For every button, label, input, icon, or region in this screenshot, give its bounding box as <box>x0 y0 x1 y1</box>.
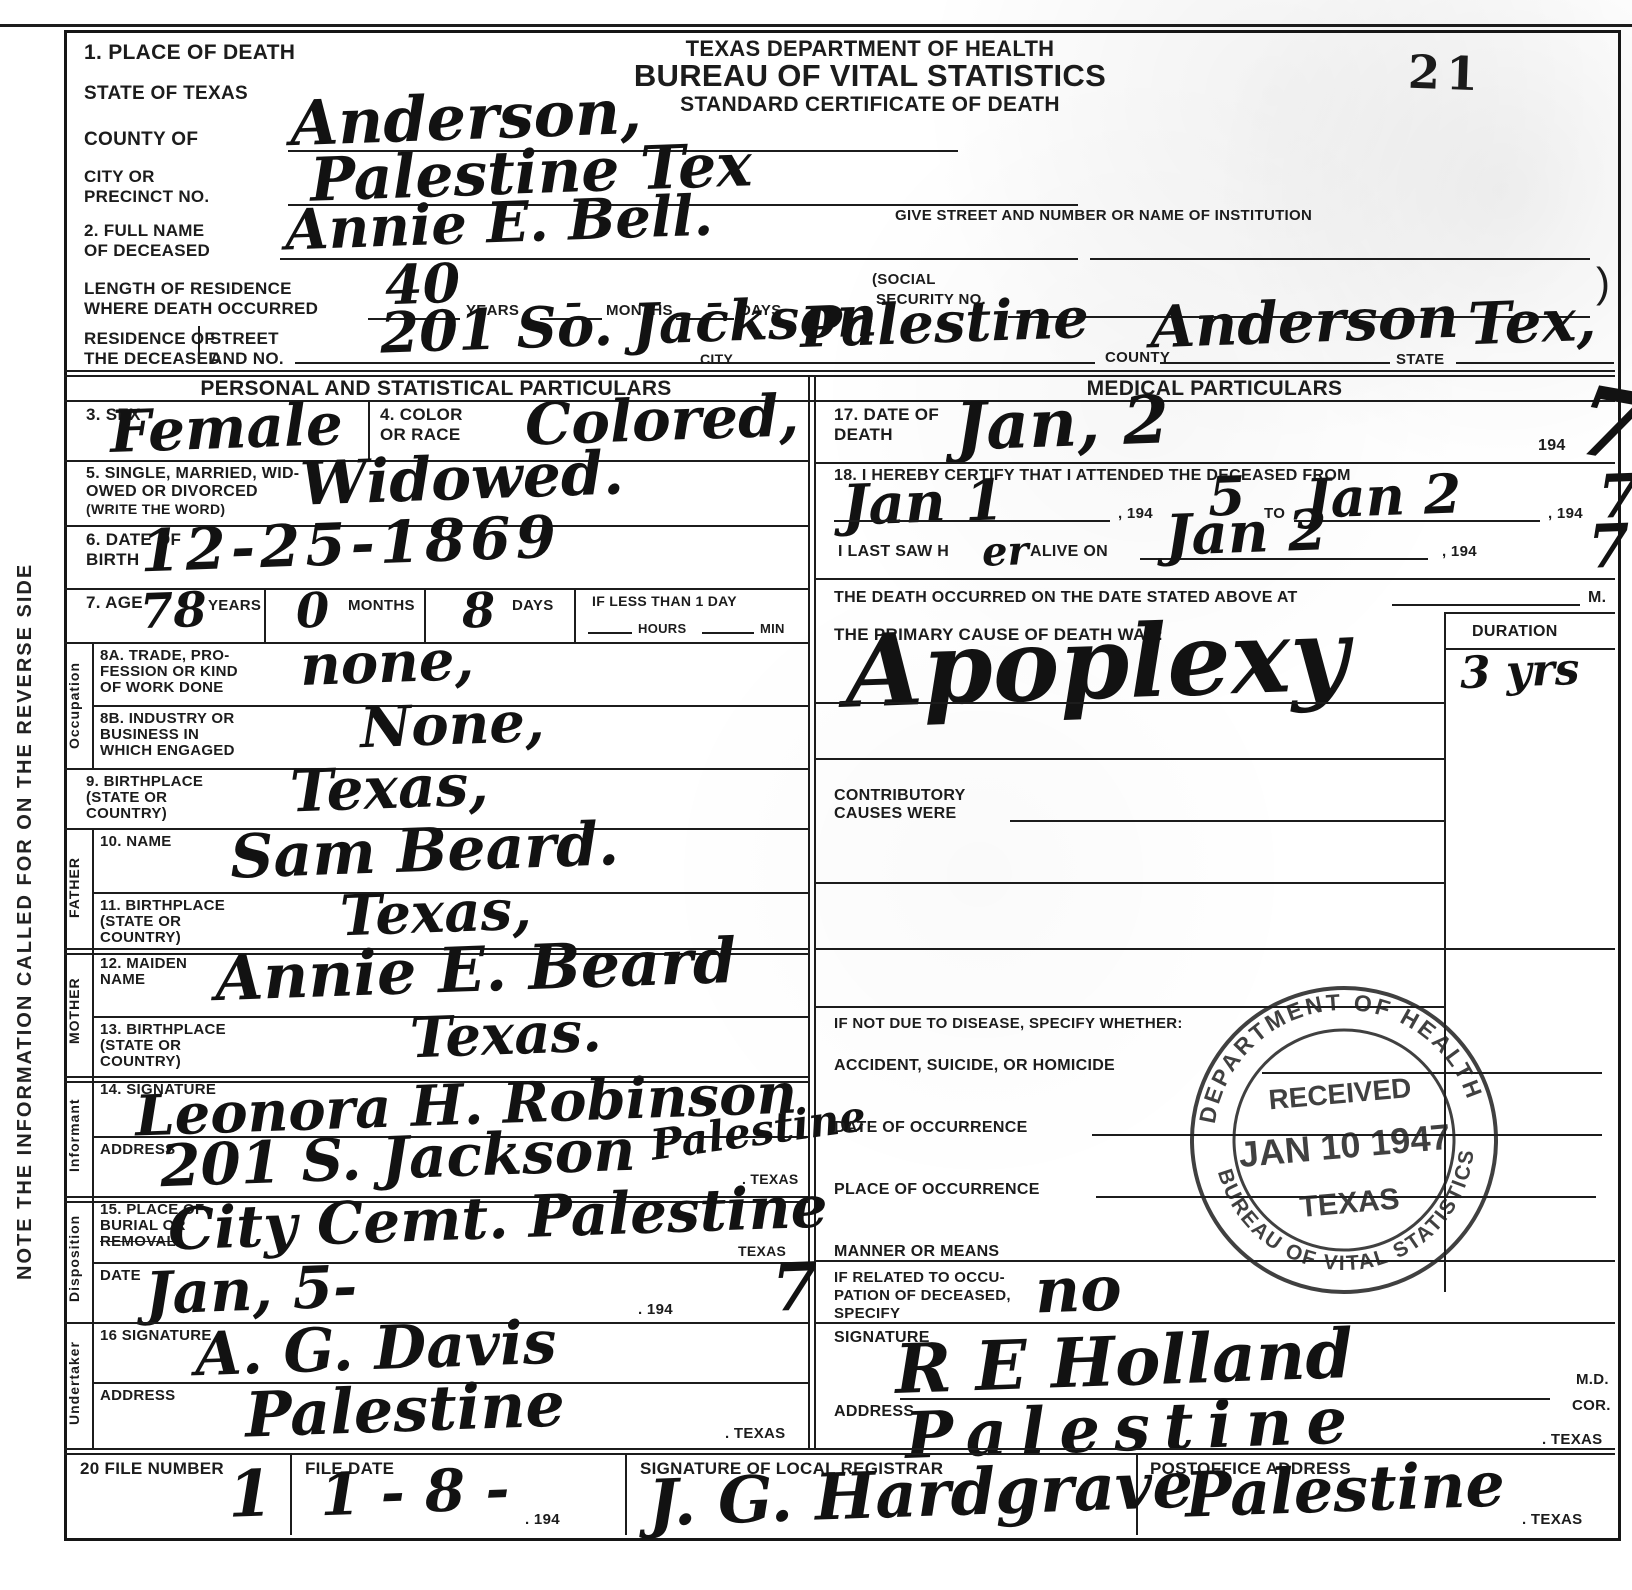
age-years-label: YEARS <box>208 598 261 613</box>
marital-label-2: OWED OR DIVORCED <box>86 484 258 500</box>
age-days-label: DAYS <box>512 598 554 613</box>
age-months-handwriting: 0 <box>295 589 330 633</box>
burial-date-label: DATE <box>100 1268 141 1283</box>
duration-value-handwriting: 3 yrs <box>1459 650 1580 694</box>
county-small-line <box>1160 362 1390 364</box>
duration-box-top <box>1444 612 1615 614</box>
dod-year-label: 194 <box>1538 438 1566 454</box>
mother-bp-handwriting: Texas. <box>409 1007 602 1064</box>
city-small-handwriting: Palestine <box>799 293 1089 353</box>
mother-name-label-1: 12. MAIDEN <box>100 956 187 971</box>
file-number-handwriting: 1 <box>227 1465 274 1524</box>
physician-addr-label: ADDRESS <box>834 1404 914 1420</box>
residence-label-2: THE DECEASED <box>84 350 221 367</box>
hours-line <box>588 632 632 634</box>
last-saw-her-handwriting: er <box>981 533 1029 571</box>
received-stamp: DEPARTMENT OF HEALTH BUREAU OF VITAL STA… <box>1168 964 1519 1315</box>
social-label-1: (SOCIAL <box>872 272 936 287</box>
occurred-line <box>1392 604 1580 606</box>
last-saw-year: , 194 <box>1442 544 1477 559</box>
street-label-2: AND NO. <box>210 350 284 367</box>
age-months-label: MONTHS <box>348 598 415 613</box>
min-line <box>702 632 754 634</box>
father-name-label: 10. NAME <box>100 834 172 849</box>
birthplace-label-2: (STATE OR <box>86 790 167 805</box>
mother-bp-label-1: 13. BIRTHPLACE <box>100 1022 226 1037</box>
trade-label-3: OF WORK DONE <box>100 680 224 695</box>
marital-label-1: 5. SINGLE, MARRIED, WID- <box>86 466 299 482</box>
blank-line-2 <box>814 948 1615 950</box>
contributory-label-2: CAUSES WERE <box>834 806 956 822</box>
burial-date-year-handwriting: 7 <box>771 1257 819 1318</box>
social-close-paren: ) <box>1596 262 1610 304</box>
bureau-title: BUREAU OF VITAL STATISTICS <box>560 60 1180 91</box>
footer-divider-2 <box>625 1453 627 1535</box>
place-occ-label: PLACE OF OCCURRENCE <box>834 1182 1040 1198</box>
informant-group-label: Informant <box>66 1078 82 1192</box>
disposition-group-label: Disposition <box>66 1198 82 1318</box>
burial-date-handwriting: Jan, 5- <box>144 1260 358 1320</box>
burial-date-year: . 194 <box>638 1302 673 1317</box>
related-label-3: SPECIFY <box>834 1306 900 1321</box>
certify-from-handwriting: Jan 1 <box>841 475 1005 531</box>
medical-section-title: MEDICAL PARTICULARS <box>814 378 1615 399</box>
certify-from-year: , 194 <box>1118 506 1153 521</box>
related-label-2: PATION OF DECEASED, <box>834 1288 1011 1303</box>
city-or-label: CITY OR <box>84 168 155 185</box>
state-of-texas-label: STATE OF TEXAS <box>84 84 248 103</box>
fullname-label-1: 2. FULL NAME <box>84 222 204 239</box>
file-date-handwriting: 1 - 8 - <box>319 1463 510 1522</box>
undertaker-group-divider <box>92 1322 94 1448</box>
footer-rule-a <box>64 1448 1615 1450</box>
undertaker-addr-label: ADDRESS <box>100 1388 175 1403</box>
cor-label: COR. <box>1572 1398 1611 1413</box>
industry-label-1: 8B. INDUSTRY OR <box>100 711 235 726</box>
related-label-1: IF RELATED TO OCCU- <box>834 1270 1005 1285</box>
dept-title: TEXAS DEPARTMENT OF HEALTH <box>560 38 1180 60</box>
last-saw-year-handwriting: 7 <box>1587 519 1631 574</box>
mother-name-label-2: NAME <box>100 972 145 987</box>
fullname-label-2: OF DECEASED <box>84 242 210 259</box>
county-of-label: COUNTY OF <box>84 130 198 149</box>
stamp-texas-text: TEXAS <box>1298 1182 1401 1224</box>
length-label-2: WHERE DEATH OCCURRED <box>84 300 318 317</box>
undertaker-addr-state: . TEXAS <box>725 1426 785 1441</box>
age-less-label: IF LESS THAN 1 DAY <box>592 594 737 608</box>
county-small-handwriting: Anderson <box>1149 291 1459 354</box>
death-certificate-scan: NOTE THE INFORMATION CALLED FOR ON THE R… <box>0 0 1632 1590</box>
last-saw-value-handwriting: Jan 2 <box>1164 505 1328 561</box>
registrar-handwriting: J. G. Hardgrave <box>647 1457 1194 1534</box>
dob-value-handwriting: 12-25-1869 <box>139 511 562 578</box>
occupation-group-label: Occupation <box>66 644 82 766</box>
file-date-year: . 194 <box>525 1512 560 1527</box>
certify-to-year: , 194 <box>1548 506 1583 521</box>
age-label: 7. AGE <box>86 594 143 611</box>
trade-label-1: 8A. TRADE, PRO- <box>100 648 230 663</box>
last-saw-rule <box>814 578 1615 580</box>
occurred-m-label: M. <box>1588 590 1606 606</box>
scan-top-edge <box>0 24 1632 27</box>
last-saw-label-1: I LAST SAW H <box>838 544 949 560</box>
accident-label: ACCIDENT, SUICIDE, OR HOMICIDE <box>834 1058 1115 1074</box>
trade-label-2: FESSION OR KIND <box>100 664 238 679</box>
age-min-label: MIN <box>760 622 785 635</box>
standard-title: STANDARD CERTIFICATE OF DEATH <box>560 94 1180 115</box>
md-label: M.D. <box>1576 1372 1609 1387</box>
reverse-side-note: NOTE THE INFORMATION CALLED FOR ON THE R… <box>14 290 37 1280</box>
contributory-label-1: CONTRIBUTORY <box>834 788 966 804</box>
father-group-label: FATHER <box>66 830 82 946</box>
trade-value-handwriting: none, <box>299 635 475 691</box>
institution-note: GIVE STREET AND NUMBER OR NAME OF INSTIT… <box>895 208 1312 223</box>
last-saw-label-2: ALIVE ON <box>1030 544 1108 560</box>
dob-label-2: BIRTH <box>86 551 139 568</box>
mother-bp-label-2: (STATE OR <box>100 1038 181 1053</box>
marital-value-handwriting: Widowed. <box>299 446 624 511</box>
related-value-handwriting: no <box>1034 1261 1122 1320</box>
stamp-date-text: JAN 10 1947 <box>1237 1116 1452 1175</box>
stamp-received-text: RECEIVED <box>1267 1072 1412 1115</box>
age-hours-label: HOURS <box>638 622 686 635</box>
birthplace-label-1: 9. BIRTHPLACE <box>86 774 203 789</box>
father-bp-label-1: 11. BIRTHPLACE <box>100 898 225 913</box>
industry-value-handwriting: None, <box>359 697 545 754</box>
mother-name-handwriting: Annie E. Beard <box>214 933 737 1007</box>
ifnot-label: IF NOT DUE TO DISEASE, SPECIFY WHETHER: <box>834 1016 1183 1031</box>
cause-line-2 <box>814 758 1444 760</box>
mother-group-divider <box>92 948 94 1076</box>
primary-cause-handwriting: Apoplexy <box>844 609 1350 717</box>
duration-label: DURATION <box>1472 624 1558 640</box>
street-city-line <box>295 362 1095 364</box>
mother-bp-label-3: COUNTRY) <box>100 1054 181 1069</box>
institution-line <box>1090 258 1590 260</box>
age-divider-1 <box>264 588 266 642</box>
state-small-label: STATE <box>1396 352 1444 367</box>
mother-group-label: MOTHER <box>66 950 82 1072</box>
dod-label-2: DEATH <box>834 426 893 443</box>
industry-label-2: BUSINESS IN <box>100 727 199 742</box>
length-label-1: LENGTH OF RESIDENCE <box>84 280 292 297</box>
color-label-1: 4. COLOR <box>380 406 463 423</box>
cause-line-1 <box>814 702 1444 704</box>
physician-addr-state: . TEXAS <box>1542 1432 1602 1447</box>
undertaker-addr-handwriting: Palestine <box>244 1376 566 1443</box>
header-rule-a <box>64 370 1615 372</box>
father-name-handwriting: Sam Beard. <box>229 817 619 885</box>
disposition-group-divider <box>92 1196 94 1322</box>
burial-label-3: REMOVAL <box>100 1234 176 1249</box>
certificate-number: 21 <box>1407 49 1485 98</box>
street-label-1: STREET <box>210 330 279 347</box>
po-address-handwriting: Palestine <box>1184 1456 1506 1523</box>
contributory-line <box>1010 820 1444 822</box>
age-years-handwriting: 78 <box>139 589 207 634</box>
precinct-no-label: PRECINCT NO. <box>84 188 209 205</box>
place-of-death-label: 1. PLACE OF DEATH <box>84 42 295 63</box>
marital-label-3: (WRITE THE WORD) <box>86 502 225 516</box>
father-bp-label-3: COUNTRY) <box>100 930 181 945</box>
industry-label-3: WHICH ENGAGED <box>100 743 235 758</box>
manner-label: MANNER OR MEANS <box>834 1244 999 1260</box>
birthplace-label-3: COUNTRY) <box>86 806 167 821</box>
dod-label-1: 17. DATE OF <box>834 406 939 423</box>
fullname-value-handwriting: Annie E. Bell. <box>284 191 713 256</box>
father-group-divider <box>92 828 94 948</box>
date-occ-label: DATE OF OCCURRENCE <box>834 1120 1028 1136</box>
residence-label-1: RESIDENCE OF <box>84 330 215 347</box>
file-number-label: 20 FILE NUMBER <box>80 1460 224 1477</box>
age-divider-3 <box>574 588 576 642</box>
certify-from-line <box>834 520 1110 522</box>
blank-line-1 <box>814 882 1444 884</box>
certify-to-handwriting: Jan 2 <box>1304 469 1462 523</box>
color-label-2: OR RACE <box>380 426 461 443</box>
dod-value-handwriting: Jan, 2 <box>954 390 1170 457</box>
certify-to-line <box>1294 520 1540 522</box>
birthplace-value-handwriting: Texas, <box>289 759 489 818</box>
po-address-state: . TEXAS <box>1522 1512 1582 1527</box>
father-bp-label-2: (STATE OR <box>100 914 181 929</box>
residence-divider <box>198 326 200 362</box>
undertaker-group-label: Undertaker <box>66 1324 82 1442</box>
footer-divider-1 <box>290 1453 292 1535</box>
state-small-handwriting: Tex, <box>1467 294 1597 351</box>
